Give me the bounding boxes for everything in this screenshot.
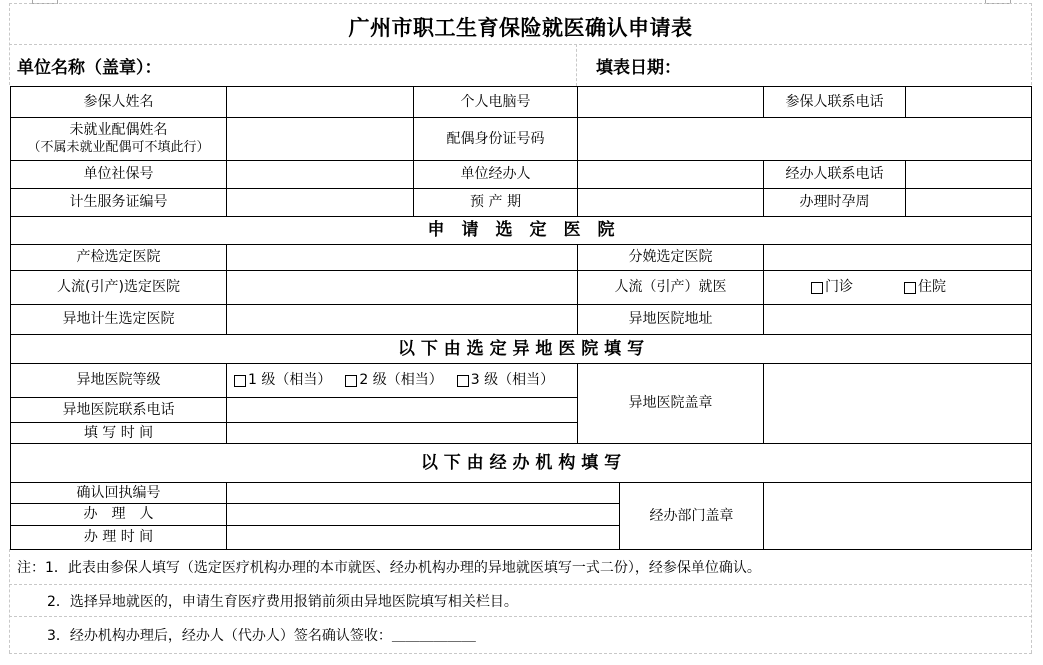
label-family-planning-no: 计生服务证编号 <box>10 188 227 217</box>
label-insured-phone: 参保人联系电话 <box>763 86 906 118</box>
label-receipt-no: 确认回执编号 <box>10 482 227 504</box>
section-heading-select-hospital: 申 请 选 定 医 院 <box>10 216 1032 245</box>
input-remote-phone[interactable] <box>226 397 578 423</box>
label-handler-phone: 经办人联系电话 <box>763 160 906 189</box>
unit-name-label: 单位名称（盖章）： <box>17 46 162 84</box>
guide-line <box>9 653 1032 654</box>
input-delivery-hospital[interactable] <box>763 244 1032 271</box>
input-abortion-hospital[interactable] <box>226 270 578 305</box>
guide-line <box>9 44 1032 45</box>
option-outpatient-label: 门诊 <box>825 279 853 296</box>
note-1: 注：1．此表由参保人填写（选定医疗机构办理的本市就医、经办机构办理的异地就医填写… <box>10 551 1038 583</box>
fill-date-label: 填表日期： <box>596 46 681 84</box>
label-spouse-name: 未就业配偶姓名 （不属未就业配偶可不填此行） <box>10 117 227 161</box>
option-grade-3-label: 3 级（相当） <box>471 372 554 389</box>
option-grade-1[interactable]: 1 级（相当） <box>234 372 331 389</box>
label-fill-time: 填 写 时 间 <box>10 422 227 444</box>
spouse-note-text: （不属未就业配偶可不填此行） <box>27 139 209 156</box>
input-remote-hospital-address[interactable] <box>763 304 1032 335</box>
option-grade-3[interactable]: 3 级（相当） <box>457 372 554 389</box>
label-handle-time: 办 理 时 间 <box>10 525 227 550</box>
input-fill-time[interactable] <box>226 422 578 444</box>
checkbox-icon[interactable] <box>904 282 916 294</box>
label-computer-no: 个人电脑号 <box>413 86 578 118</box>
input-computer-no[interactable] <box>577 86 764 118</box>
section-heading-remote-hospital: 以 下 由 选 定 异 地 医 院 填 写 <box>10 334 1032 364</box>
option-grade-1-label: 1 级（相当） <box>248 372 331 389</box>
label-prenatal-hospital: 产检选定医院 <box>10 244 227 271</box>
input-handler-phone[interactable] <box>905 160 1032 189</box>
option-inpatient-label: 住院 <box>918 279 946 296</box>
label-hospital-grade: 异地医院等级 <box>10 363 227 398</box>
label-abortion-visit: 人流（引产）就医 <box>577 270 764 305</box>
input-handler[interactable] <box>226 503 620 526</box>
input-spouse-name[interactable] <box>226 117 414 161</box>
input-spouse-id[interactable] <box>577 117 1032 161</box>
label-pregnancy-weeks: 办理时孕周 <box>763 188 906 217</box>
option-outpatient[interactable]: 门诊 <box>811 279 853 296</box>
checkbox-icon[interactable] <box>345 375 357 387</box>
label-remote-fp-hospital: 异地计生选定医院 <box>10 304 227 335</box>
agency-stamp-area[interactable] <box>763 482 1032 550</box>
abortion-visit-options: 门诊 住院 <box>763 270 1032 305</box>
guide-line <box>576 44 577 86</box>
label-delivery-hospital: 分娩选定医院 <box>577 244 764 271</box>
label-handler: 办 理 人 <box>10 503 227 526</box>
section-heading-agency: 以 下 由 经 办 机 构 填 写 <box>10 443 1032 483</box>
label-remote-hospital-address: 异地医院地址 <box>577 304 764 335</box>
label-unit-ss-no: 单位社保号 <box>10 160 227 189</box>
option-inpatient[interactable]: 住院 <box>904 279 946 296</box>
checkbox-icon[interactable] <box>457 375 469 387</box>
label-unit-handler: 单位经办人 <box>413 160 578 189</box>
label-spouse-id: 配偶身份证号码 <box>413 117 578 161</box>
input-receipt-no[interactable] <box>226 482 620 504</box>
label-agency-stamp: 经办部门盖章 <box>619 482 764 550</box>
guide-line <box>1031 3 1032 85</box>
input-insured-phone[interactable] <box>905 86 1032 118</box>
label-abortion-hospital: 人流(引产)选定医院 <box>10 270 227 305</box>
label-remote-stamp: 异地医院盖章 <box>577 363 764 444</box>
note-2: 2．选择异地就医的，申请生育医疗费用报销前须由异地医院填写相关栏目。 <box>10 585 1043 616</box>
guide-line <box>9 3 1032 4</box>
spouse-name-text: 未就业配偶姓名 <box>70 122 168 139</box>
input-remote-fp-hospital[interactable] <box>226 304 578 335</box>
input-unit-handler[interactable] <box>577 160 764 189</box>
option-grade-2-label: 2 级（相当） <box>359 372 442 389</box>
checkbox-icon[interactable] <box>234 375 246 387</box>
checkbox-icon[interactable] <box>811 282 823 294</box>
option-grade-2[interactable]: 2 级（相当） <box>345 372 442 389</box>
input-unit-ss-no[interactable] <box>226 160 414 189</box>
input-insured-name[interactable] <box>226 86 414 118</box>
input-due-date[interactable] <box>577 188 764 217</box>
hospital-grade-options: 1 级（相当） 2 级（相当） 3 级（相当） <box>226 363 578 398</box>
input-handle-time[interactable] <box>226 525 620 550</box>
remote-stamp-area[interactable] <box>763 363 1032 444</box>
input-family-planning-no[interactable] <box>226 188 414 217</box>
note-3: 3．经办机构办理后，经办人（代办人）签名确认签收：＿＿＿＿＿＿ <box>10 617 1043 653</box>
label-insured-name: 参保人姓名 <box>10 86 227 118</box>
label-remote-phone: 异地医院联系电话 <box>10 397 227 423</box>
input-pregnancy-weeks[interactable] <box>905 188 1032 217</box>
input-prenatal-hospital[interactable] <box>226 244 578 271</box>
form-title: 广州市职工生育保险就医确认申请表 <box>10 10 1031 44</box>
label-due-date: 预 产 期 <box>413 188 578 217</box>
